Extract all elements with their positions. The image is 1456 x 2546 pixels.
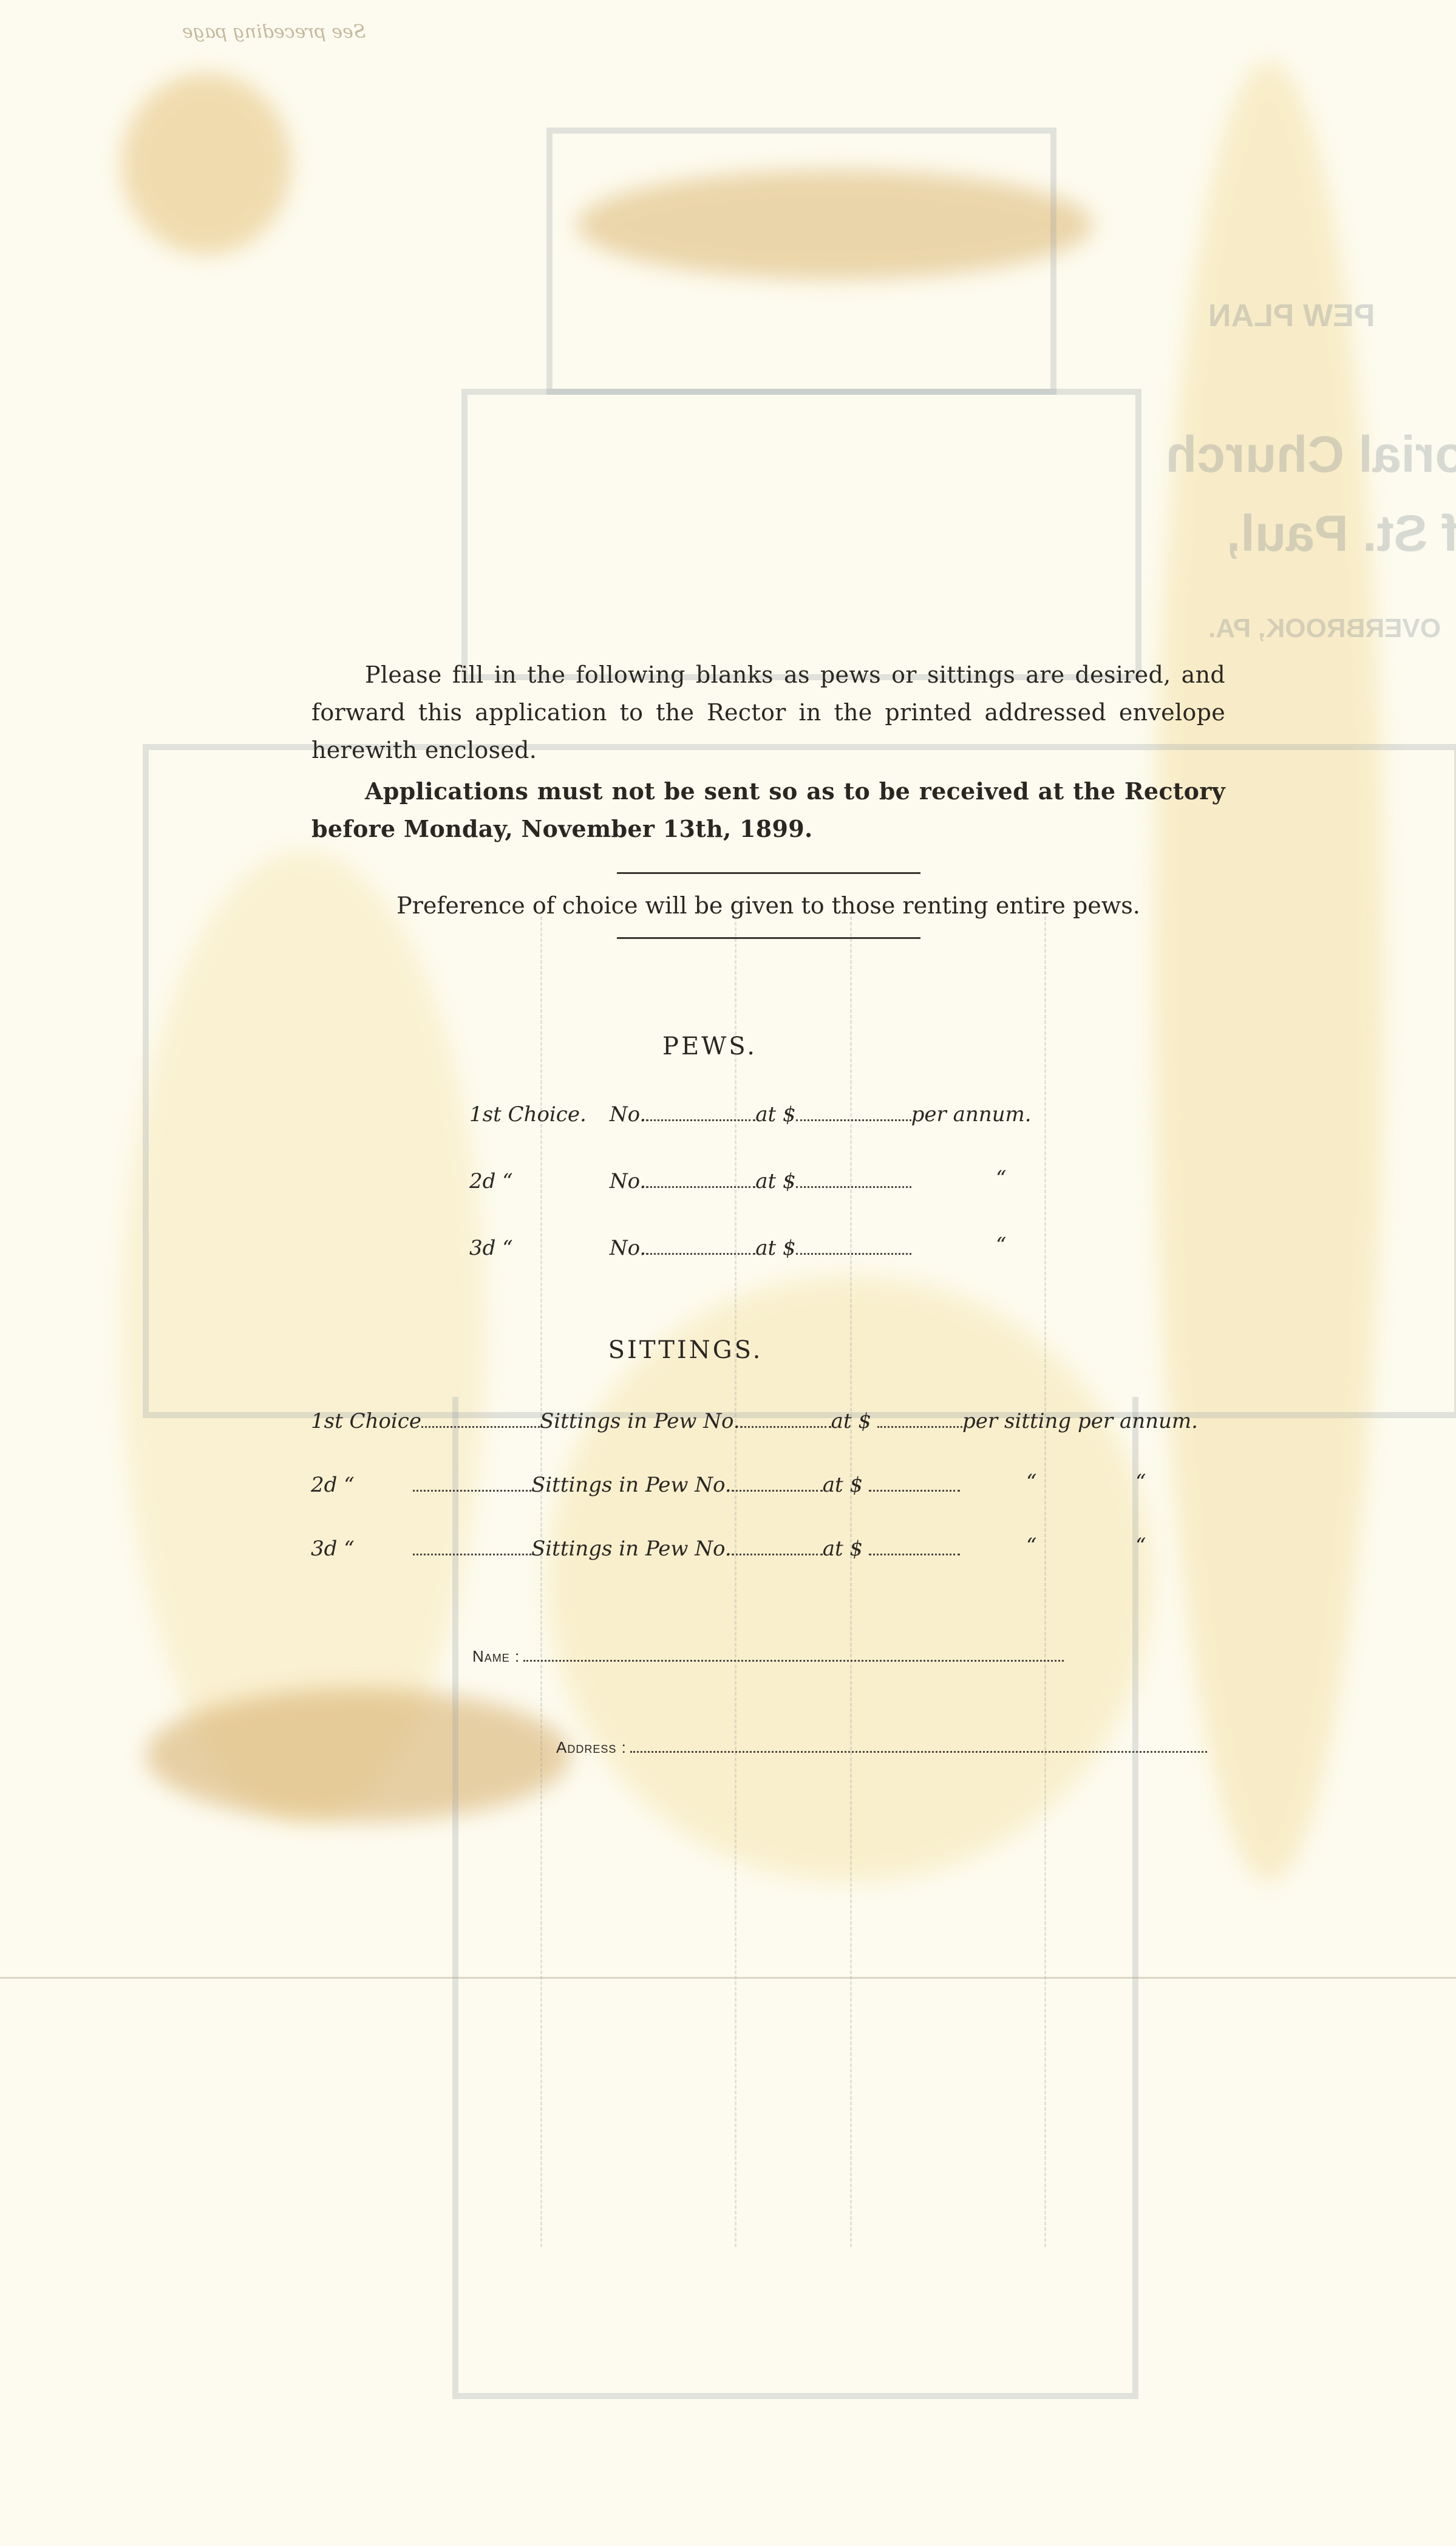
pew-row-2: 2d “ No.at $ xyxy=(469,1169,911,1193)
sitting-row-2: 2d “Sittings in Pew No.at $ xyxy=(311,1473,960,1497)
sitting-at-label: at $ xyxy=(823,1537,863,1561)
bleed-place: OVERBROOK, PA. xyxy=(1208,613,1441,644)
divider-bottom xyxy=(617,937,920,939)
floor-plan-aisle-4 xyxy=(1044,911,1046,2247)
bleed-title: PEW PLAN xyxy=(1208,298,1375,334)
sitting-count-field[interactable] xyxy=(421,1424,540,1428)
sitting-count-field[interactable] xyxy=(413,1487,531,1492)
sitting-pew-field[interactable] xyxy=(740,1424,831,1428)
handwritten-note: See preceding page xyxy=(182,21,366,43)
pew-no-label: No. xyxy=(610,1169,646,1193)
stain-top-left xyxy=(121,73,291,255)
pew-at-label: at $ xyxy=(755,1236,795,1260)
instructions-paragraph: Please fill in the following blanks as p… xyxy=(311,656,1225,769)
pew-no-label: No. xyxy=(610,1102,646,1127)
sitting-ditto-3b: “ xyxy=(1135,1534,1146,1558)
floor-plan-apse xyxy=(546,128,1056,395)
sitting-pew-label: Sittings in Pew No. xyxy=(531,1537,732,1561)
pew-price-field[interactable] xyxy=(796,1251,911,1255)
pew-no-field[interactable] xyxy=(646,1251,755,1255)
pew-choice-label: 2d “ xyxy=(469,1169,603,1193)
deadline-paragraph: Applications must not be sent so as to b… xyxy=(311,773,1225,848)
address-field[interactable] xyxy=(630,1749,1207,1753)
form-body: Please fill in the following blanks as p… xyxy=(311,656,1225,957)
pew-row-1: 1st Choice. No.at $per annum. xyxy=(469,1102,1032,1127)
sitting-pew-field[interactable] xyxy=(732,1551,823,1555)
sitting-ditto-3a: “ xyxy=(1026,1534,1036,1558)
sitting-row-1: 1st ChoiceSittings in Pew No.at $per sit… xyxy=(311,1409,1198,1433)
sitting-at-label: at $ xyxy=(823,1473,863,1497)
divider-top xyxy=(617,872,920,874)
pew-at-label: at $ xyxy=(755,1169,795,1193)
sitting-pew-field[interactable] xyxy=(732,1487,823,1492)
pew-price-field[interactable] xyxy=(796,1184,911,1188)
sitting-price-field[interactable] xyxy=(877,1424,962,1428)
pew-no-field[interactable] xyxy=(646,1117,755,1121)
pew-price-field[interactable] xyxy=(796,1117,911,1121)
pew-ditto-3: “ xyxy=(996,1233,1006,1257)
sitting-suffix-1: per sitting xyxy=(962,1409,1071,1433)
sitting-ditto-2a: “ xyxy=(1026,1470,1036,1494)
sitting-count-field[interactable] xyxy=(413,1551,531,1555)
sitting-suffix-2: per annum. xyxy=(1078,1409,1198,1433)
sitting-row-3: 3d “Sittings in Pew No.at $ xyxy=(311,1537,960,1561)
pew-suffix: per annum. xyxy=(911,1102,1032,1127)
sitting-ditto-2b: “ xyxy=(1135,1470,1146,1494)
bleed-church-line1: Memorial Church xyxy=(1166,425,1456,484)
sitting-price-field[interactable] xyxy=(869,1551,960,1555)
sitting-choice-label: 2d “ xyxy=(311,1473,413,1497)
sitting-pew-label: Sittings in Pew No. xyxy=(540,1409,740,1433)
sitting-price-field[interactable] xyxy=(869,1487,960,1492)
pew-no-label: No. xyxy=(610,1236,646,1260)
name-row: Name : xyxy=(472,1647,1064,1666)
name-label: Name : xyxy=(472,1647,520,1665)
floor-plan-chancel xyxy=(461,389,1141,680)
sittings-heading: SITTINGS. xyxy=(0,1336,1456,1364)
pew-no-field[interactable] xyxy=(646,1184,755,1188)
pew-ditto-2: “ xyxy=(996,1166,1006,1190)
address-row: Address : xyxy=(556,1738,1207,1757)
sitting-pew-label: Sittings in Pew No. xyxy=(531,1473,732,1497)
sitting-at-label: at $ xyxy=(831,1409,871,1433)
pew-row-3: 3d “ No.at $ xyxy=(469,1236,911,1260)
pew-choice-label: 1st Choice. xyxy=(469,1102,603,1127)
pew-at-label: at $ xyxy=(755,1102,795,1127)
pew-choice-label: 3d “ xyxy=(469,1236,603,1260)
paper-fold xyxy=(0,1977,1456,1979)
bleed-church-line2: of St. Paul, xyxy=(1226,504,1456,563)
address-label: Address : xyxy=(556,1738,627,1756)
sitting-choice-label: 3d “ xyxy=(311,1537,413,1561)
preference-note: Preference of choice will be given to th… xyxy=(311,892,1225,919)
sitting-choice-label: 1st Choice xyxy=(311,1409,421,1433)
pews-heading: PEWS. xyxy=(0,1032,1456,1060)
name-field[interactable] xyxy=(523,1657,1064,1662)
